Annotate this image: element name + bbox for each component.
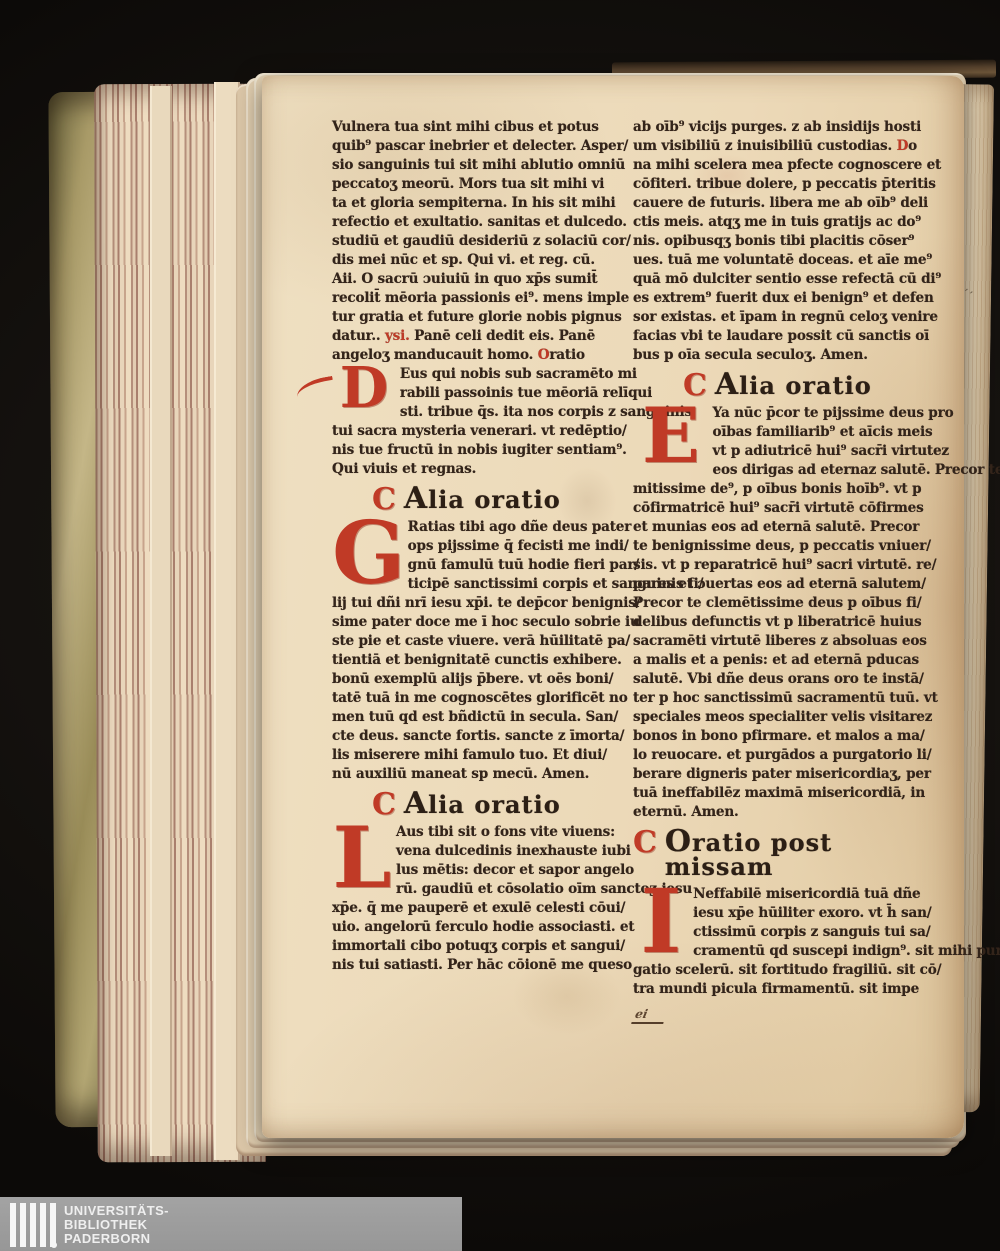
text-line: cramentū qd suscepi indign⁹. sit mihi pu…	[633, 942, 912, 961]
text-line: ter p hoc sanctissimū sacramentū tuū. vt	[633, 689, 912, 708]
text-line: lij tui dñi nrī iesu xp̄i. te dep̄cor be…	[332, 594, 631, 613]
text-line: ctissimū corpis z sanguis tui sa/	[633, 923, 912, 942]
text-line: berare digneris pater misericordiaʒ, per	[633, 765, 912, 784]
logo-bar	[40, 1203, 46, 1247]
text-line: na mihi scelera mea pfecte cognoscere et	[633, 156, 912, 175]
text-block: GRatias tibi ago dñe deus paterops pijss…	[332, 518, 640, 784]
heading-text: Alia oratio	[404, 487, 561, 512]
heading-text: Oratio post missam	[665, 830, 921, 879]
text-line: bonū exemplū alijs p̄bere. vt oēs boni/	[332, 670, 631, 689]
text-line: quib⁹ pascar inebrier et delecter. Asper…	[332, 137, 631, 156]
logo-bar	[20, 1203, 26, 1247]
text-line: delibus defunctis vt p liberatricē huius	[633, 613, 912, 632]
text-line: ctis meis. atqʒ me in tuis gratijs ac do…	[633, 213, 912, 232]
heading-text: Alia oratio	[404, 792, 561, 817]
heading-text: Alia oratio	[715, 373, 872, 398]
text-line: lo reuocare. et purgādos a purgatorio li…	[633, 746, 912, 765]
library-name-line: PADERBORN	[64, 1232, 169, 1246]
text-line: iesu xp̄e hūiliter exoro. vt h̄ san/	[633, 904, 912, 923]
text-line: immortali cibo potuqʒ corpis et sangui/	[332, 937, 631, 956]
logo-bar	[10, 1203, 16, 1247]
text-line: sio sanguinis tui sit mihi ablutio omniū	[332, 156, 631, 175]
text-line: bonos in bono pfirmare. et malos a ma/	[633, 727, 912, 746]
section-heading: CAlia oratio	[683, 373, 921, 398]
text-block: DEus qui nobis sub sacramēto mirabili pa…	[332, 365, 640, 479]
text-line: ticipē sanctissimi corpis et sanguinis f…	[332, 575, 631, 594]
text-line: vena dulcedinis inexhauste iubi	[332, 842, 631, 861]
text-line: tra mundi picula firmamentū. sit impe	[633, 980, 912, 999]
text-line: lis miserere mihi famulo tuo. Et diui/	[332, 746, 631, 765]
text-line: eos dirigas ad eternaz salutē. Precor te	[633, 461, 912, 480]
text-line: um visibiliū z inuisibiliū custodias. Do	[633, 137, 912, 156]
text-line: cōfiteri. tribue dolere, p peccatis p̄te…	[633, 175, 912, 194]
text-line: xp̄e. q̄ me pauperē et exulē celesti cōu…	[332, 899, 631, 918]
library-name-line: UNIVERSITÄTS-	[64, 1204, 169, 1218]
text-line: sor existas. et īpam in regnū celoʒ veni…	[633, 308, 912, 327]
text-line: rabili passoinis tue mēoriā relīqui	[332, 384, 631, 403]
text-line: sime pater doce me ī hoc seculo sobrie i…	[332, 613, 631, 632]
text-line: salutē. Vbi dñe deus orans oro te instā/	[633, 670, 912, 689]
library-watermark-banner: UNIVERSITÄTS- BIBLIOTHEK PADERBORN	[0, 1197, 462, 1251]
text-line: nis tui satiasti. Per hāc cōionē me ques…	[332, 956, 631, 975]
text-column-right: ab oīb⁹ vicijs purges. z ab insidijs hos…	[633, 118, 921, 1024]
logo-dot	[51, 1242, 57, 1248]
text-line: oības familiarib⁹ et aīcis meis	[633, 423, 912, 442]
text-line: gnū famulū tuū hodie fieri par/	[332, 556, 631, 575]
photo-background: ‚‚ Vulnera tua sint mihi cibus et potusq…	[0, 0, 1000, 1251]
text-line: nis tue fructū in nobis iugiter sentiam⁹…	[332, 441, 631, 460]
text-line: et munias eos ad eternā salutē. Precor	[633, 518, 912, 537]
text-line: uio. angelorū ferculo hodie associasti. …	[332, 918, 631, 937]
text-line: Vulnera tua sint mihi cibus et potus	[332, 118, 631, 137]
text-line: Eus qui nobis sub sacramēto mi	[332, 365, 631, 384]
text-line: Aus tibi sit o fons vite viuens:	[332, 823, 631, 842]
text-line: tuā ineffabilēz maximā misericordiā, in	[633, 784, 912, 803]
text-line: Ya nūc p̄cor te pijssime deus pro	[633, 404, 912, 423]
text-line: pares et ɔuertas eos ad eternā salutem/	[633, 575, 912, 594]
text-line: recolit̄ mēoria passionis ei⁹. mens impl…	[332, 289, 631, 308]
text-line: ste pie et caste viuere. verā hūilitatē …	[332, 632, 631, 651]
section-heading: CAlia oratio	[372, 487, 640, 512]
text-column-left: Vulnera tua sint mihi cibus et potusquib…	[332, 118, 640, 975]
text-line: Aii. O sacrū ɔuiuiū in quo xp̄s sumit̄	[332, 270, 631, 289]
text-line: ues. tuā me voluntatē doceas. et aīe me⁹	[633, 251, 912, 270]
text-line: tientiā et benignitatē cunctis exhibere.	[332, 651, 631, 670]
page-edge-band	[150, 86, 172, 1156]
text-line: vt p adiutricē hui⁹ sacr̄i virtutez	[633, 442, 912, 461]
library-logo-icon	[10, 1203, 60, 1247]
text-line: es extrem⁹ fuerit dux ei benign⁹ et defe…	[633, 289, 912, 308]
text-line: ta et gloria sempiterna. In his sit mihi	[332, 194, 631, 213]
text-block: INeffabilē misericordiā tuā dñeiesu xp̄e…	[633, 885, 921, 999]
text-line: Qui viuis et regnas.	[332, 460, 631, 479]
text-line: speciales meos specialiter velis visitar…	[633, 708, 912, 727]
text-line: nis. opibusqʒ bonis tibi placitis cōser⁹	[633, 232, 912, 251]
text-line: tatē tuā in me cognoscētes glorificēt no	[332, 689, 631, 708]
text-line: gatio scelerū. sit fortitudo fragiliū. s…	[633, 961, 912, 980]
text-line: ab oīb⁹ vicijs purges. z ab insidijs hos…	[633, 118, 912, 137]
text-line: peccatoʒ meorū. Mors tua sit mihi vi	[332, 175, 631, 194]
text-line: facias vbi te laudare possit cū sanctis …	[633, 327, 912, 346]
library-name: UNIVERSITÄTS- BIBLIOTHEK PADERBORN	[64, 1204, 169, 1246]
text-line: Neffabilē misericordiā tuā dñe	[633, 885, 912, 904]
catchword-mark: ei	[631, 1007, 667, 1024]
logo-bar	[30, 1203, 36, 1247]
library-name-line: BIBLIOTHEK	[64, 1218, 169, 1232]
text-line: cauere de futuris. libera me ab oīb⁹ del…	[633, 194, 912, 213]
logo-bar	[50, 1203, 56, 1247]
text-line: cōfirmatricē hui⁹ sacr̄i virtutē cōfirme…	[633, 499, 912, 518]
text-line: datur.. ysi. Panē celi dedit eis. Panē	[332, 327, 631, 346]
text-block: LAus tibi sit o fons vite viuens:vena du…	[332, 823, 640, 975]
text-line: rū. gaudiū et cōsolatio oīm sanctoʒ iesu	[332, 880, 631, 899]
text-line: bus p oīa secula seculoʒ. Amen.	[633, 346, 912, 365]
text-line: dis mei nūc et sp. Qui vi. et reg. cū.	[332, 251, 631, 270]
text-line: refectio et exultatio. sanitas et dulced…	[332, 213, 631, 232]
text-line: mitissime de⁹, p oībus bonis hoīb⁹. vt p	[633, 480, 912, 499]
text-line: cte deus. sancte fortis. sancte z īmorta…	[332, 727, 631, 746]
text-line: studiū et gaudiū desideriū z solaciū cor…	[332, 232, 631, 251]
text-block: Vulnera tua sint mihi cibus et potusquib…	[332, 118, 640, 365]
text-line: Ratias tibi ago dñe deus pater	[332, 518, 631, 537]
text-line: quā mō dulciter sentio esse refectā cū d…	[633, 270, 912, 289]
text-line: sacramēti virtutē liberes z absoluas eos	[633, 632, 912, 651]
text-line: eternū. Amen.	[633, 803, 912, 822]
section-heading: CAlia oratio	[372, 792, 640, 817]
book-page: Vulnera tua sint mihi cibus et potusquib…	[262, 76, 964, 1138]
text-line: nū auxiliū maneat sp mecū. Amen.	[332, 765, 631, 784]
text-line: Precor te clemētissime deus p oībus fi/	[633, 594, 912, 613]
text-line: a malis et a penis: et ad eternā pducas	[633, 651, 912, 670]
text-line: sti. tribue q̄s. ita nos corpis z sangui…	[332, 403, 631, 422]
text-line: lus mētis: decor et sapor angelo	[332, 861, 631, 880]
text-line: tur gratia et future glorie nobis pignus	[332, 308, 631, 327]
text-line: ops pijssime q̄ fecisti me indi/	[332, 537, 631, 556]
text-line: te benignissime deus, p peccatis vniuer/	[633, 537, 912, 556]
text-line: tui sacra mysteria venerari. vt redēptio…	[332, 422, 631, 441]
text-line: men tuū qd est bñdictū in secula. San/	[332, 708, 631, 727]
capitulum-mark: C	[633, 831, 657, 855]
text-block: EYa nūc p̄cor te pijssime deus prooības …	[633, 404, 921, 822]
text-line: sis. vt p reparatricē hui⁹ sacri virtutē…	[633, 556, 912, 575]
text-block: ab oīb⁹ vicijs purges. z ab insidijs hos…	[633, 118, 921, 365]
